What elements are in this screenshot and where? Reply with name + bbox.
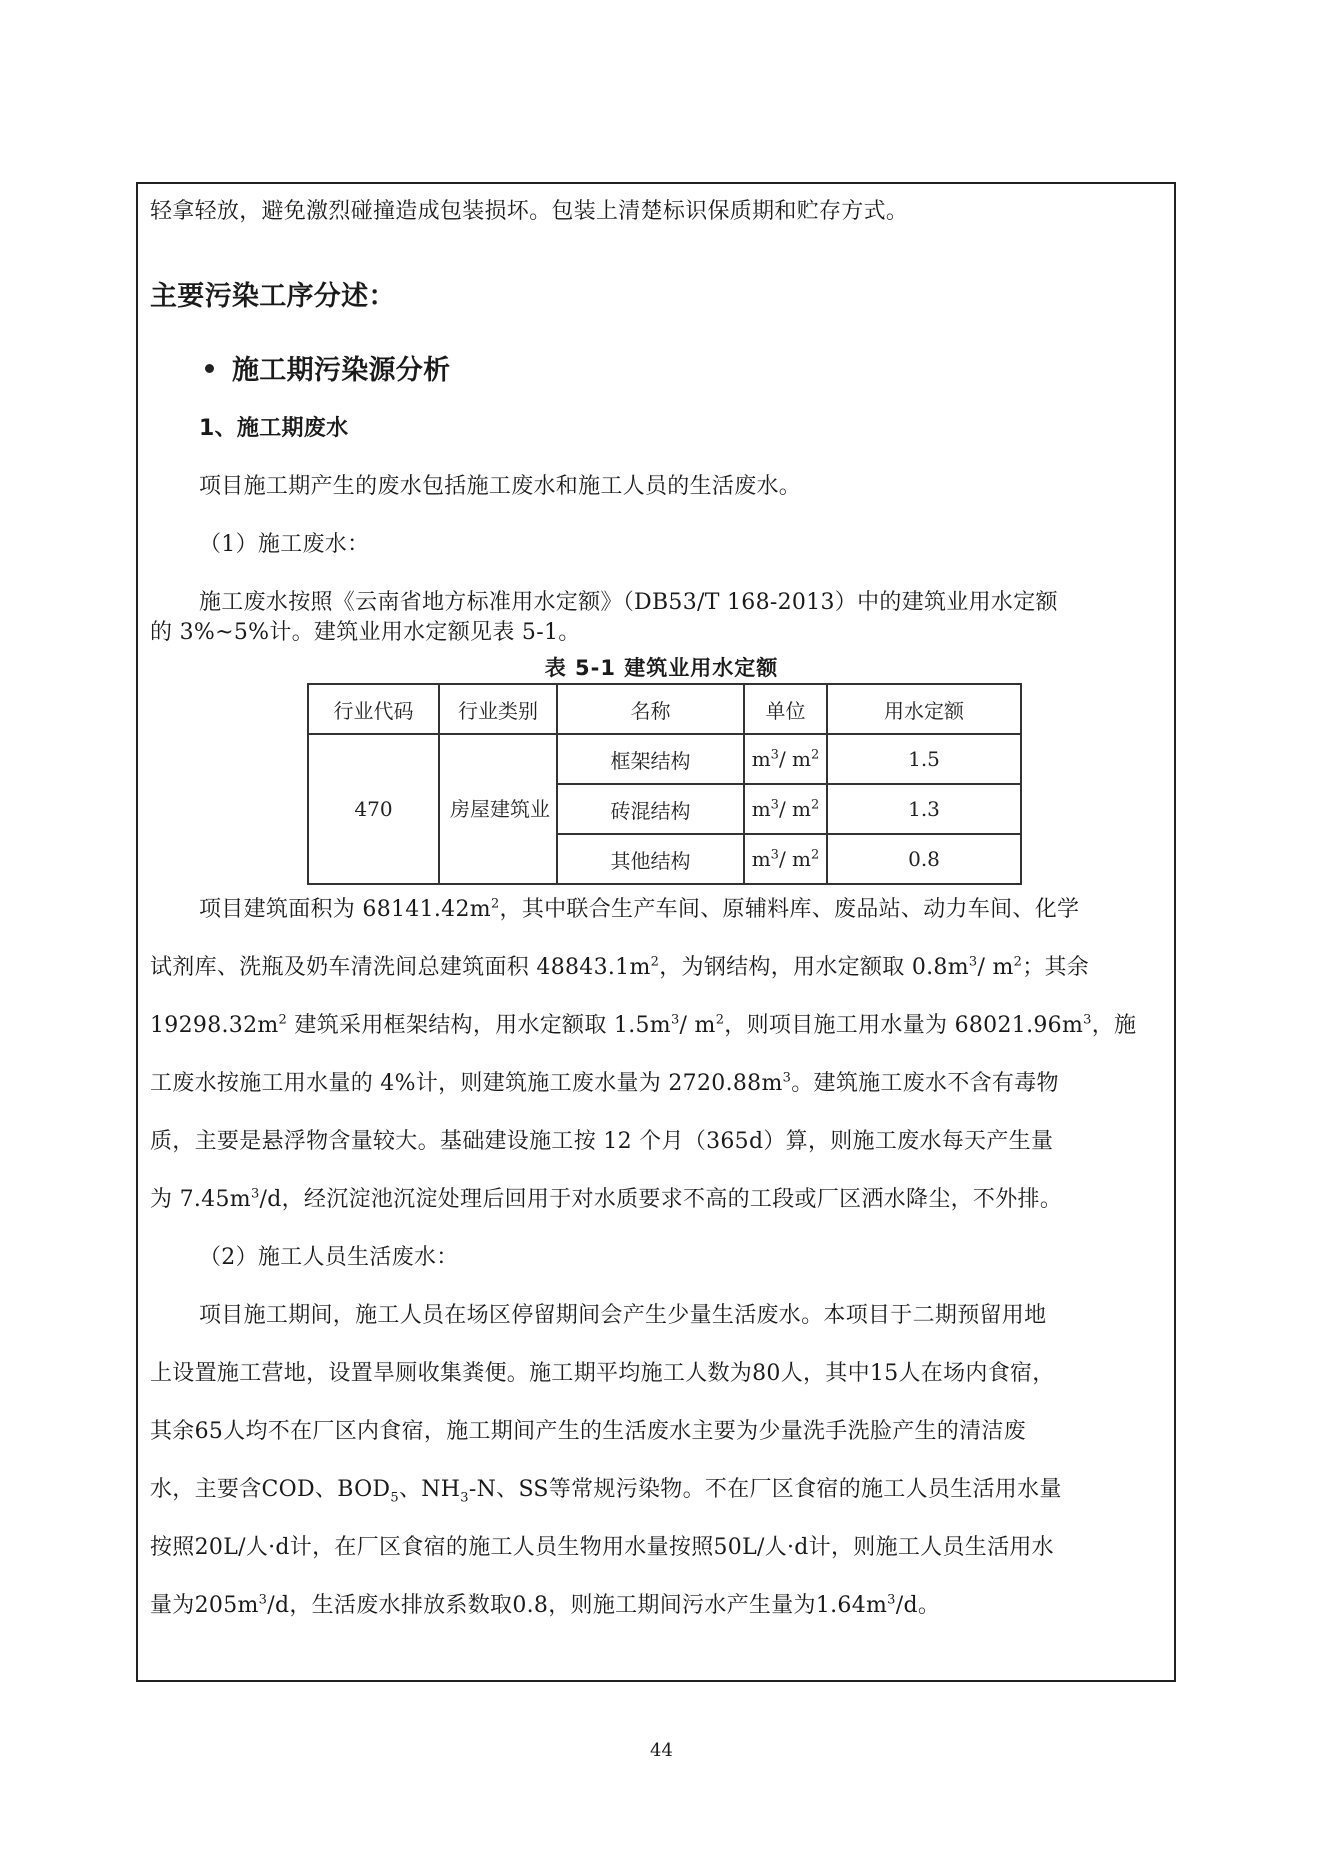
item-heading: （1）施工废水： <box>199 530 369 560</box>
section-heading: 主要污染工序分述： <box>150 282 396 312</box>
name-cell: 砖混结构 <box>557 784 744 834</box>
header-cell: 行业类别 <box>439 684 557 734</box>
paragraph: 的 3%~5%计。建筑业用水定额见表 5-1。 <box>150 618 581 648</box>
paragraph: 按照20L/人·d计，在厂区食宿的施工人员生物用水量按照50L/人·d计，则施工… <box>150 1533 1054 1563</box>
item-heading: （2）施工人员生活废水： <box>199 1243 459 1273</box>
table-caption: 表 5-1 建筑业用水定额 <box>0 652 1323 682</box>
quota-value-cell: 1.3 <box>827 784 1021 834</box>
header-cell: 单位 <box>744 684 827 734</box>
quota-value-cell: 0.8 <box>827 834 1021 884</box>
paragraph: 为 7.45m3/d，经沉淀池沉淀处理后回用于对水质要求不高的工段或厂区洒水降尘… <box>150 1185 1062 1215</box>
subheading-text: 施工期污染源分析 <box>232 355 450 386</box>
quota-value-cell: 1.5 <box>827 734 1021 784</box>
header-cell: 名称 <box>557 684 744 734</box>
paragraph: 其余65人均不在厂区内食宿，施工期间产生的生活废水主要为少量洗手洗脸产生的清洁废 <box>150 1417 1026 1447</box>
header-cell: 行业代码 <box>308 684 439 734</box>
paragraph: 水，主要含COD、BOD5、NH3-N、SS等常规污染物。不在厂区食宿的施工人员… <box>150 1475 1062 1505</box>
continued-text: 轻拿轻放，避免激烈碰撞造成包装损坏。包装上清楚标识保质期和贮存方式。 <box>150 197 908 227</box>
paragraph: 项目施工期间，施工人员在场区停留期间会产生少量生活废水。本项目于二期预留用地 <box>199 1301 1046 1331</box>
paragraph: 19298.32m2 建筑采用框架结构，用水定额取 1.5m3/ m2，则项目施… <box>150 1011 1136 1041</box>
unit-cell: m3/ m2 <box>744 834 827 884</box>
content-frame <box>136 182 1176 1682</box>
industry-category-cell: 房屋建筑业 <box>439 734 557 884</box>
water-quota-table: 行业代码 行业类别 名称 单位 用水定额 470 房屋建筑业 框架结构 m3/ … <box>307 683 1022 885</box>
paragraph: 量为205m3/d，生活废水排放系数取0.8，则施工期间污水产生量为1.64m3… <box>150 1591 940 1621</box>
unit-cell: m3/ m2 <box>744 734 827 784</box>
paragraph: 质，主要是悬浮物含量较大。基础建设施工按 12 个月（365d）算，则施工废水每… <box>150 1127 1053 1157</box>
header-cell: 用水定额 <box>827 684 1021 734</box>
paragraph: 试剂库、洗瓶及奶车清洗间总建筑面积 48843.1m2，为钢结构，用水定额取 0… <box>150 953 1089 983</box>
unit-cell: m3/ m2 <box>744 784 827 834</box>
name-cell: 其他结构 <box>557 834 744 884</box>
subheading: 施工期污染源分析 <box>205 356 450 386</box>
section-wastewater-title: 1、施工期废水 <box>199 414 348 444</box>
table-row: 470 房屋建筑业 框架结构 m3/ m2 1.5 <box>308 734 1021 784</box>
industry-code-cell: 470 <box>308 734 439 884</box>
paragraph: 项目建筑面积为 68141.42m2，其中联合生产车间、原辅料库、废品站、动力车… <box>199 895 1079 925</box>
page-number: 44 <box>0 1740 1323 1761</box>
paragraph: 项目施工期产生的废水包括施工废水和施工人员的生活废水。 <box>199 472 801 502</box>
table-header-row: 行业代码 行业类别 名称 单位 用水定额 <box>308 684 1021 734</box>
paragraph: 上设置施工营地，设置旱厕收集粪便。施工期平均施工人数为80人，其中15人在场内食… <box>150 1359 1055 1389</box>
name-cell: 框架结构 <box>557 734 744 784</box>
bullet-icon <box>205 364 214 373</box>
paragraph: 工废水按施工用水量的 4%计，则建筑施工废水量为 2720.88m3。建筑施工废… <box>150 1069 1059 1099</box>
paragraph: 施工废水按照《云南省地方标准用水定额》（DB53/T 168-2013）中的建筑… <box>199 588 1058 618</box>
